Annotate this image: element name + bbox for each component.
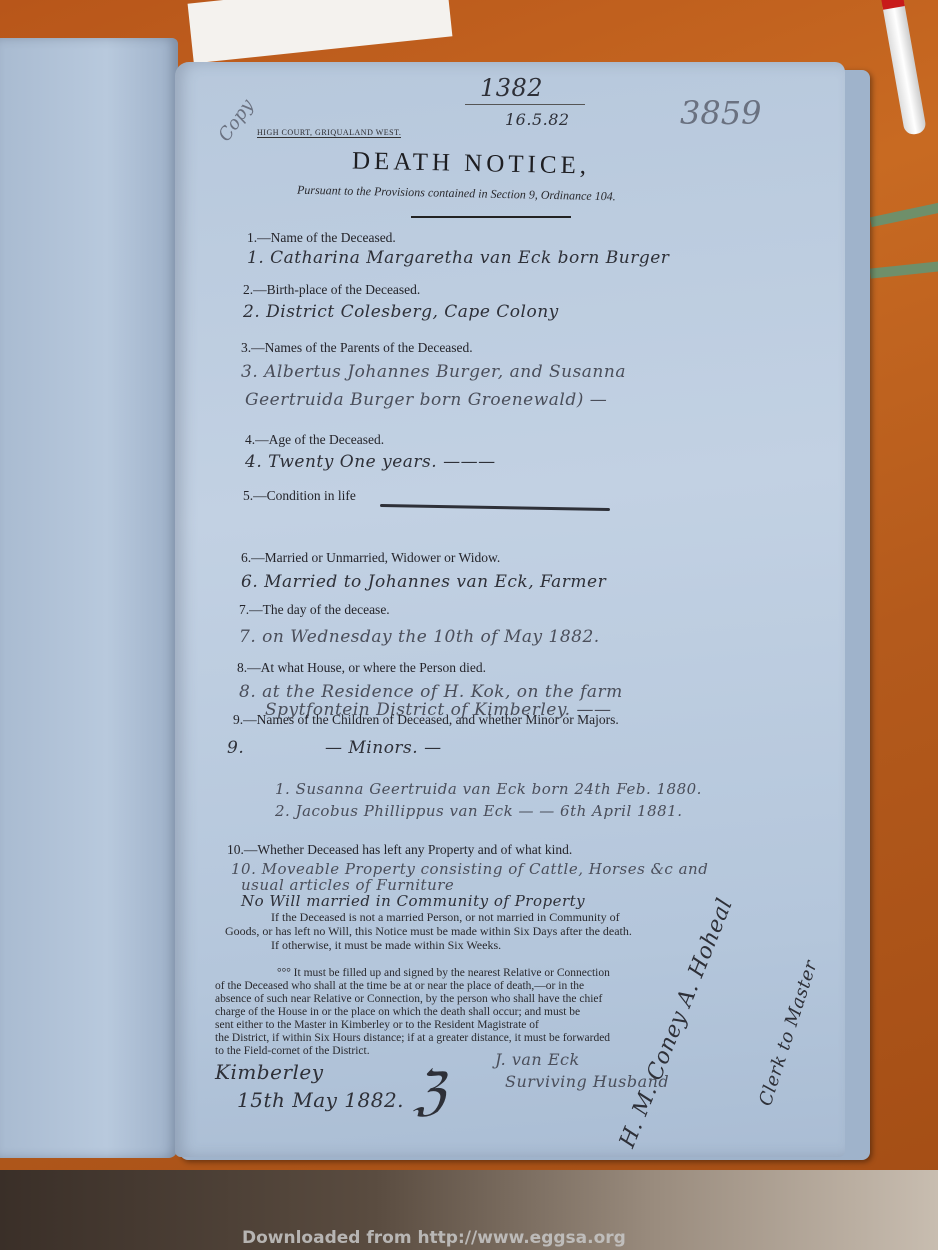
signature-flourish: ℨ xyxy=(413,1062,446,1122)
field-label-birthplace: 2.—Birth-place of the Deceased. xyxy=(243,282,420,298)
instruction-line: sent either to the Master in Kimberley o… xyxy=(215,1018,539,1032)
signature-name: J. van Eck xyxy=(495,1050,580,1069)
field-value-date-of-death: 7. on Wednesday the 10th of May 1882. xyxy=(239,627,600,647)
document-subtitle: Pursuant to the Provisions contained in … xyxy=(297,183,616,205)
instruction-line: °°° It must be filled up and signed by t… xyxy=(277,966,610,980)
background-paper-sheet xyxy=(188,0,453,63)
field-label-name: 1.—Name of the Deceased. xyxy=(247,230,396,246)
court-name: High Court, Griqualand West. xyxy=(257,128,401,138)
field-value-marital-status: 6. Married to Johannes van Eck, Farmer xyxy=(241,572,606,592)
pencil-reference-number: 3859 xyxy=(680,94,761,132)
notice-line: If the Deceased is not a married Person,… xyxy=(271,910,620,924)
instruction-line: to the Field-cornet of the District. xyxy=(215,1044,370,1058)
field-value-parents: 3. Albertus Johannes Burger, and Susanna xyxy=(241,362,626,382)
field-label-parents: 3.—Names of the Parents of the Deceased. xyxy=(241,340,473,356)
file-number-divider xyxy=(465,104,585,105)
signature-date: 15th May 1882. xyxy=(237,1088,404,1112)
instruction-line: the District, if within Six Hours distan… xyxy=(215,1031,610,1045)
notice-line: Goods, or has left no Will, this Notice … xyxy=(225,924,632,938)
clerk-signature: H. M. Coney A. Hoheal xyxy=(615,895,738,1151)
field-label-date-of-death: 7.—The day of the decease. xyxy=(239,602,390,618)
file-number: 1382 xyxy=(480,74,543,102)
field-value-birthplace: 2. District Colesberg, Cape Colony xyxy=(243,302,559,322)
field-value-condition-dash xyxy=(380,504,610,511)
title-divider xyxy=(411,216,571,218)
document-title: DEATH NOTICE, xyxy=(352,148,591,181)
field-value-parents-cont: Geertruida Burger born Groenewald) — xyxy=(245,390,607,410)
file-date: 16.5.82 xyxy=(505,110,570,129)
instruction-line: charge of the House in or the place on w… xyxy=(215,1005,580,1019)
field-label-condition: 5.—Condition in life xyxy=(243,488,356,504)
child-entry: 1. Susanna Geertruida van Eck born 24th … xyxy=(275,780,702,798)
field-value-age: 4. Twenty One years. ——— xyxy=(245,452,496,472)
child-entry: 2. Jacobus Phillippus van Eck — — 6th Ap… xyxy=(275,802,682,820)
pencil-copy-mark: Copy xyxy=(214,96,258,146)
binding-ribbon xyxy=(870,203,938,227)
field-label-place-of-death: 8.—At what House, or where the Person di… xyxy=(237,660,486,676)
watermark: Downloaded from http://www.eggsa.org xyxy=(242,1228,626,1248)
field-label-marital-status: 6.—Married or Unmarried, Widower or Wido… xyxy=(241,550,500,566)
field-label-children: 9.—Names of the Children of Deceased, an… xyxy=(233,712,619,728)
field-label-age: 4.—Age of the Deceased. xyxy=(245,432,384,448)
field-value-place-of-death: 8. at the Residence of H. Kok, on the fa… xyxy=(239,682,623,702)
notice-line: If otherwise, it must be made within Six… xyxy=(271,938,501,952)
binding-ribbon xyxy=(870,261,938,278)
field-value-name: 1. Catharina Margaretha van Eck born Bur… xyxy=(247,248,669,268)
children-minors-heading: — Minors. — xyxy=(325,738,442,758)
pen xyxy=(881,0,927,136)
field-value-children-number: 9. xyxy=(227,738,244,758)
signature-place: Kimberley xyxy=(215,1060,324,1084)
clerk-role: Clerk to Master xyxy=(755,958,822,1109)
field-value-will-status: No Will married in Community of Property xyxy=(241,892,585,910)
instruction-line: of the Deceased who shall at the time be… xyxy=(215,979,584,993)
death-notice-page: Copy 3859 1382 16.5.82 High Court, Griqu… xyxy=(175,62,845,1157)
left-blank-page xyxy=(0,38,178,1158)
instruction-line: absence of such near Relative or Connect… xyxy=(215,992,602,1006)
field-label-property: 10.—Whether Deceased has left any Proper… xyxy=(227,842,572,858)
